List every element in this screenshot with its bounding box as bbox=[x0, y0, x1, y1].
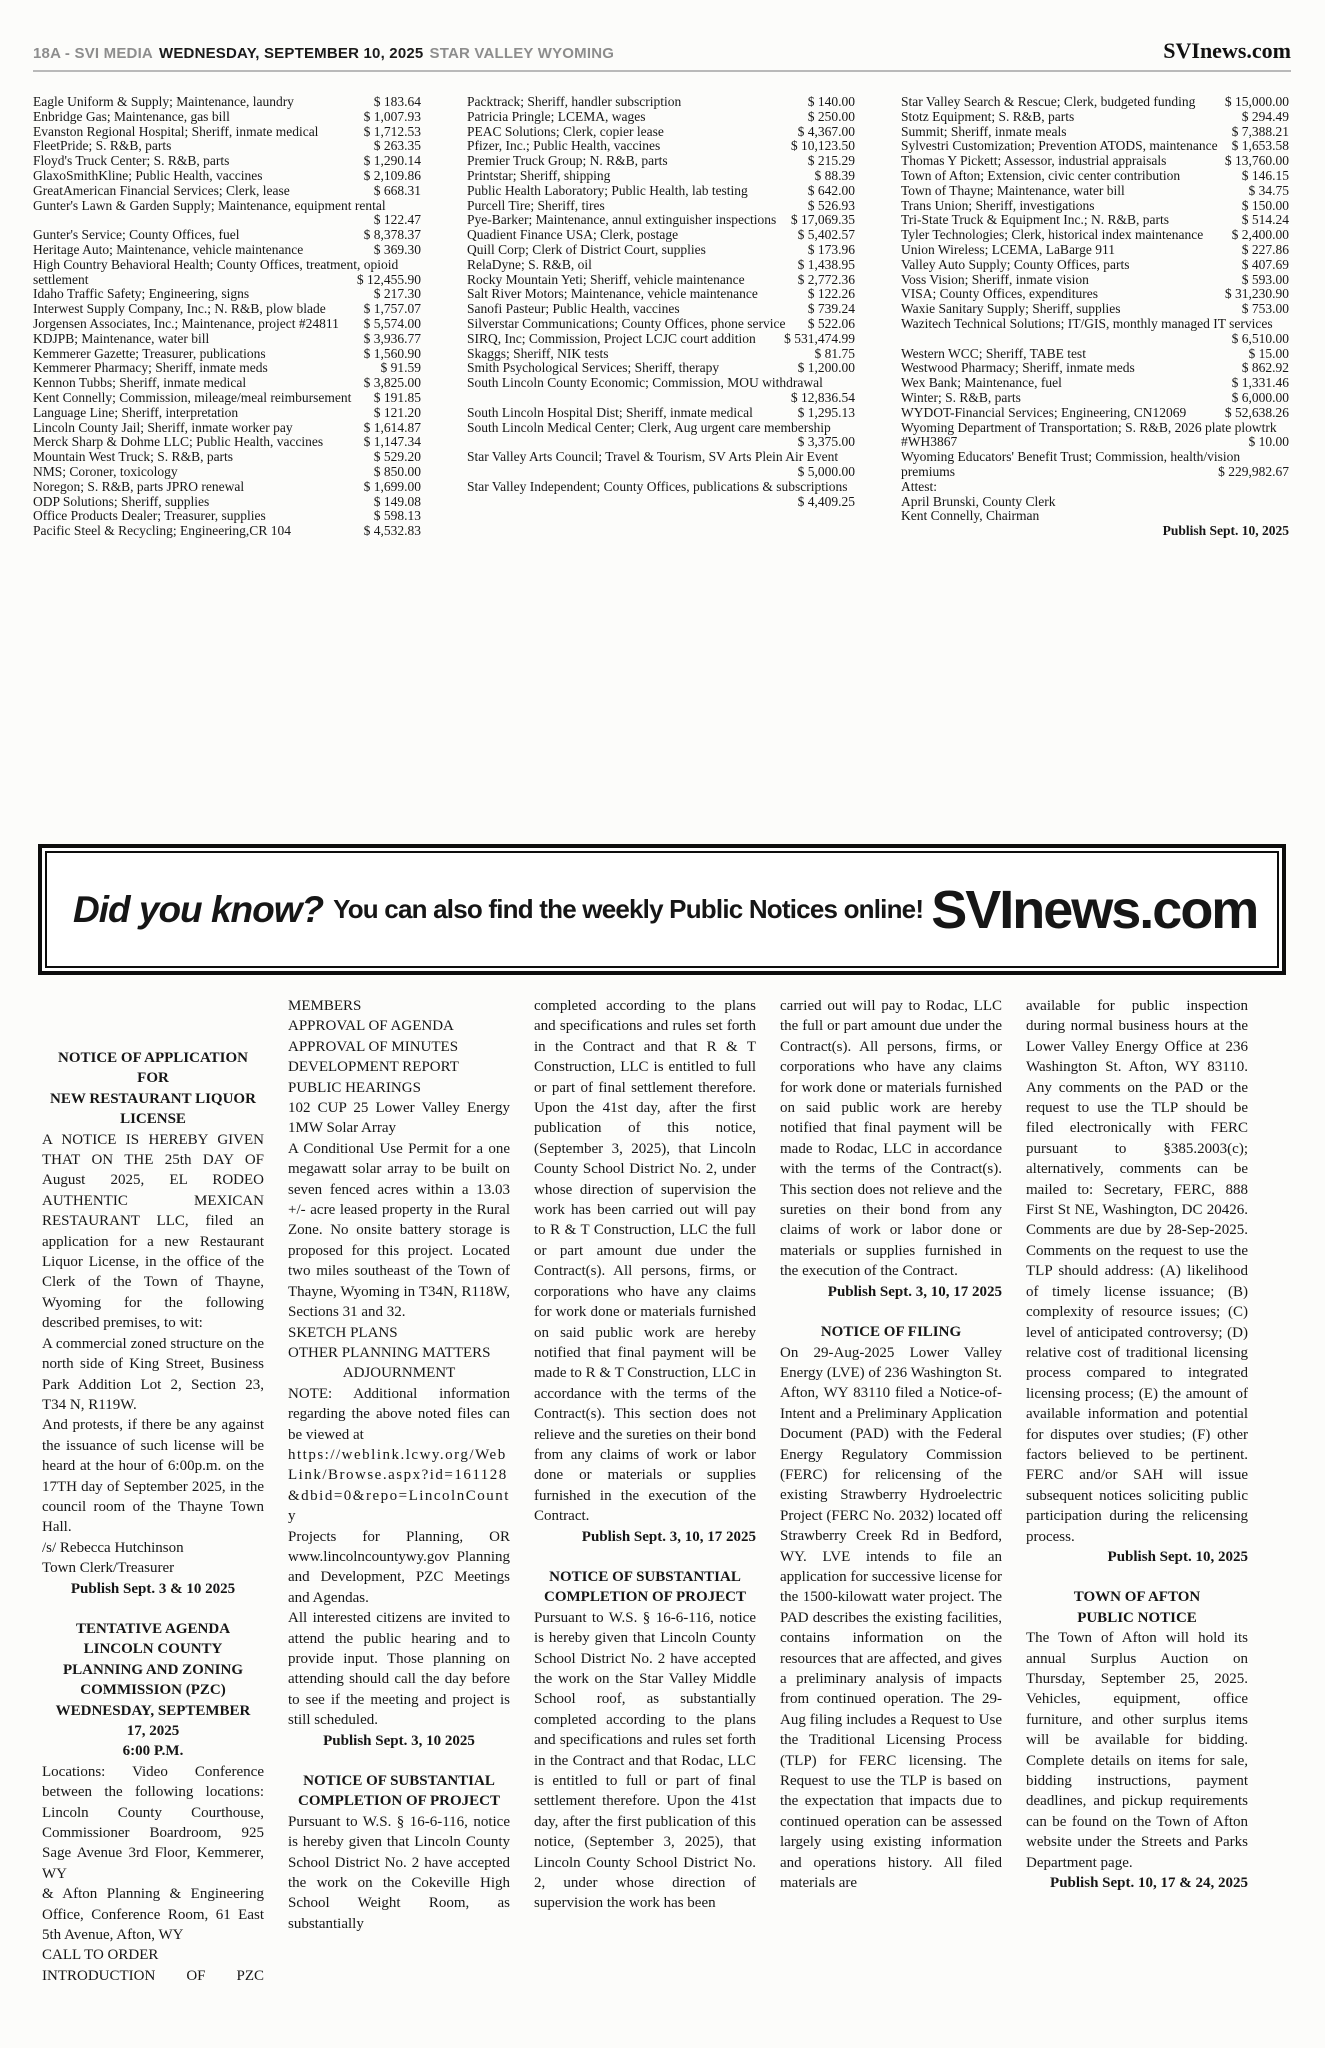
expense-name: Gunter's Service; County Offices, fuel bbox=[33, 227, 240, 242]
notice-paragraph: The Town of Afton will hold its annual S… bbox=[1026, 1628, 1248, 1873]
expense-name: NMS; Coroner, toxicology bbox=[33, 464, 178, 479]
notice-justified-line: INTRODUCTION OF PZC bbox=[42, 1966, 264, 1986]
expense-name: Skaggs; Sheriff, NIK tests bbox=[467, 346, 609, 361]
expense-amount: $ 12,836.54 bbox=[791, 391, 855, 406]
expense-item: Evanston Regional Hospital; Sheriff, inm… bbox=[33, 125, 421, 140]
expense-name: Language Line; Sheriff, interpretation bbox=[33, 405, 238, 420]
expense-item: Quadient Finance USA; Clerk, postage$ 5,… bbox=[467, 228, 855, 243]
expense-amount: $ 526.93 bbox=[808, 199, 855, 214]
notice-line: /s/ Rebecca Hutchinson bbox=[42, 1538, 264, 1558]
expense-item: Lincoln County Jail; Sheriff, inmate wor… bbox=[33, 421, 421, 436]
expense-name: Evanston Regional Hospital; Sheriff, inm… bbox=[33, 124, 318, 139]
expense-name: South Lincoln Hospital Dist; Sheriff, in… bbox=[467, 405, 753, 420]
expense-amount: $ 4,532.83 bbox=[364, 524, 421, 539]
expense-amount: $ 668.31 bbox=[374, 184, 421, 199]
expense-name: Interwest Supply Company, Inc.; N. R&B, … bbox=[33, 301, 326, 316]
expense-item: Star Valley Independent; County Offices,… bbox=[467, 480, 855, 510]
expense-amount: $ 514.24 bbox=[1242, 213, 1289, 228]
expense-item: Jorgensen Associates, Inc.; Maintenance,… bbox=[33, 317, 421, 332]
notice-heading-line: LINCOLN COUNTY bbox=[42, 1639, 264, 1659]
expense-item: Wazitech Technical Solutions; IT/GIS, mo… bbox=[901, 317, 1289, 347]
attest-line: April Brunski, County Clerk bbox=[901, 495, 1289, 510]
notice-paragraph: Pursuant to W.S. § 16-6-116, notice is h… bbox=[288, 1812, 510, 1934]
notice-paragraph: NOTE: Additional information regarding t… bbox=[288, 1384, 510, 1445]
notice-paragraph: A NOTICE IS HEREBY GIVEN THAT ON THE 25t… bbox=[42, 1130, 264, 1334]
expense-item: Noregon; S. R&B, parts JPRO renewal$ 1,6… bbox=[33, 480, 421, 495]
expense-amount: $ 150.00 bbox=[1242, 199, 1289, 214]
expense-column: Eagle Uniform & Supply; Maintenance, lau… bbox=[33, 95, 421, 655]
expense-item: Tyler Technologies; Clerk, historical in… bbox=[901, 228, 1289, 243]
expense-amount: $ 1,560.90 bbox=[364, 347, 421, 362]
expense-item: Sanofi Pasteur; Public Health, vaccines$… bbox=[467, 302, 855, 317]
expense-item: SIRQ, Inc; Commission, Project LCJC cour… bbox=[467, 332, 855, 347]
expense-name: Union Wireless; LCEMA, LaBarge 911 bbox=[901, 242, 1115, 257]
expense-name: Quill Corp; Clerk of District Court, sup… bbox=[467, 242, 706, 257]
notice-heading: NOTICE OF APPLICATIONFORNEW RESTAURANT L… bbox=[42, 1048, 264, 1130]
notice-column: available for public inspection during n… bbox=[1026, 996, 1248, 2036]
expense-amount: $ 1,712.53 bbox=[364, 125, 421, 140]
expense-name: Gunter's Lawn & Garden Supply; Maintenan… bbox=[33, 198, 386, 213]
expense-item: South Lincoln County Economic; Commissio… bbox=[467, 376, 855, 406]
publish-line: Publish Sept. 10, 2025 bbox=[1026, 1547, 1248, 1567]
notice-line: CALL TO ORDER bbox=[42, 1945, 264, 1965]
notice-line: PUBLIC HEARINGS bbox=[288, 1078, 510, 1098]
notice-column: NOTICE OF APPLICATIONFORNEW RESTAURANT L… bbox=[42, 996, 264, 2036]
expense-amount: $ 4,367.00 bbox=[798, 125, 855, 140]
expense-name: Kemmerer Pharmacy; Sheriff, inmate meds bbox=[33, 360, 268, 375]
expense-name: Winter; S. R&B, parts bbox=[901, 390, 1021, 405]
expense-name: Quadient Finance USA; Clerk, postage bbox=[467, 227, 678, 242]
expense-item: Office Products Dealer; Treasurer, suppl… bbox=[33, 509, 421, 524]
expense-item: Trans Union; Sheriff, investigations$ 15… bbox=[901, 199, 1289, 214]
expense-amount: $ 122.47 bbox=[374, 213, 421, 228]
expense-amount: $ 739.24 bbox=[808, 302, 855, 317]
expense-amount: $ 91.59 bbox=[381, 361, 422, 376]
expense-item: NMS; Coroner, toxicology$ 850.00 bbox=[33, 465, 421, 480]
expense-amount: $ 5,574.00 bbox=[364, 317, 421, 332]
expense-name: Premier Truck Group; N. R&B, parts bbox=[467, 153, 668, 168]
expense-name: South Lincoln County Economic; Commissio… bbox=[467, 375, 823, 390]
expense-item: Wyoming Department of Transportation; S.… bbox=[901, 421, 1289, 451]
expense-name: South Lincoln Medical Center; Clerk, Aug… bbox=[467, 420, 831, 435]
expense-name: Smith Psychological Services; Sheriff, t… bbox=[467, 360, 719, 375]
did-you-know-banner: Did you know? You can also find the week… bbox=[38, 844, 1286, 975]
expense-amount: $ 531,474.99 bbox=[784, 332, 855, 347]
expense-item: VISA; County Offices, expenditures$ 31,2… bbox=[901, 287, 1289, 302]
notice-paragraph: Projects for Planning, OR www.lincolncou… bbox=[288, 1527, 510, 1609]
expense-item: Salt River Motors; Maintenance, vehicle … bbox=[467, 287, 855, 302]
expense-name: GlaxoSmithKline; Public Health, vaccines bbox=[33, 168, 262, 183]
notice-heading: NOTICE OF FILING bbox=[780, 1322, 1002, 1342]
expense-amount: $ 81.75 bbox=[815, 347, 856, 362]
expense-amount: $ 122.26 bbox=[808, 287, 855, 302]
expense-amount: $ 15.00 bbox=[1249, 347, 1290, 362]
expense-name: Salt River Motors; Maintenance, vehicle … bbox=[467, 286, 758, 301]
expense-name: Pfizer, Inc.; Public Health, vaccines bbox=[467, 138, 660, 153]
notice-paragraph: completed according to the plans and spe… bbox=[534, 996, 756, 1527]
expense-amount: $ 1,295.13 bbox=[798, 406, 855, 421]
expense-amount: $ 6,510.00 bbox=[1232, 332, 1289, 347]
expense-item: South Lincoln Medical Center; Clerk, Aug… bbox=[467, 421, 855, 451]
expense-amount: $ 850.00 bbox=[374, 465, 421, 480]
expense-amount: $ 149.08 bbox=[374, 495, 421, 510]
expense-item: Sylvestri Customization; Prevention ATOD… bbox=[901, 139, 1289, 154]
notice-line: OTHER PLANNING MATTERS bbox=[288, 1343, 510, 1363]
expense-amount: $ 862.92 bbox=[1242, 361, 1289, 376]
expense-amount: $ 1,200.00 bbox=[798, 361, 855, 376]
notice-heading-line: 17, 2025 bbox=[42, 1721, 264, 1741]
expense-item: Town of Afton; Extension, civic center c… bbox=[901, 169, 1289, 184]
expense-amount: $ 407.69 bbox=[1242, 258, 1289, 273]
expense-item: South Lincoln Hospital Dist; Sheriff, in… bbox=[467, 406, 855, 421]
notice-paragraph: Locations: Video Conference between the … bbox=[42, 1762, 264, 1884]
expense-name: Public Health Laboratory; Public Health,… bbox=[467, 183, 748, 198]
expense-name: Silverstar Communications; County Office… bbox=[467, 316, 785, 331]
expense-item: High Country Behavioral Health; County O… bbox=[33, 258, 421, 288]
expense-amount: $ 215.29 bbox=[808, 154, 855, 169]
notice-paragraph: Pursuant to W.S. § 16-6-116, notice is h… bbox=[534, 1608, 756, 1914]
expense-item: Patricia Pringle; LCEMA, wages$ 250.00 bbox=[467, 110, 855, 125]
expense-item: GreatAmerican Financial Services; Clerk,… bbox=[33, 184, 421, 199]
expense-amount: $ 1,653.58 bbox=[1232, 139, 1289, 154]
expense-item: Public Health Laboratory; Public Health,… bbox=[467, 184, 855, 199]
expense-amount: $ 183.64 bbox=[374, 95, 421, 110]
expense-item: Thomas Y Pickett; Assessor, industrial a… bbox=[901, 154, 1289, 169]
notice-column: MEMBERSAPPROVAL OF AGENDAAPPROVAL OF MIN… bbox=[288, 996, 510, 2036]
expense-amount: $ 1,438.95 bbox=[798, 258, 855, 273]
expense-name: Heritage Auto; Maintenance, vehicle main… bbox=[33, 242, 303, 257]
expense-item: Winter; S. R&B, parts$ 6,000.00 bbox=[901, 391, 1289, 406]
publish-line: Publish Sept. 10, 2025 bbox=[901, 524, 1289, 539]
expense-name: Eagle Uniform & Supply; Maintenance, lau… bbox=[33, 94, 294, 109]
expense-name: Wazitech Technical Solutions; IT/GIS, mo… bbox=[901, 316, 1273, 331]
expense-item: Eagle Uniform & Supply; Maintenance, lau… bbox=[33, 95, 421, 110]
notice-heading-line: PLANNING AND ZONING bbox=[42, 1660, 264, 1680]
expense-column: Star Valley Search & Rescue; Clerk, budg… bbox=[901, 95, 1289, 655]
notice-heading-line: TOWN OF AFTON bbox=[1026, 1587, 1248, 1607]
public-notices: NOTICE OF APPLICATIONFORNEW RESTAURANT L… bbox=[42, 996, 1248, 2036]
expense-amount: $ 3,375.00 bbox=[798, 435, 855, 450]
expense-item: Silverstar Communications; County Office… bbox=[467, 317, 855, 332]
expense-name: Idaho Traffic Safety; Engineering, signs bbox=[33, 286, 249, 301]
notice-heading: TENTATIVE AGENDALINCOLN COUNTYPLANNING A… bbox=[42, 1619, 264, 1762]
expense-name: Tri-State Truck & Equipment Inc.; N. R&B… bbox=[901, 212, 1169, 227]
expense-amount: $ 146.15 bbox=[1242, 169, 1289, 184]
notice-paragraph: 102 CUP 25 Lower Valley Energy 1MW Solar… bbox=[288, 1098, 510, 1139]
expense-item: Star Valley Arts Council; Travel & Touri… bbox=[467, 450, 855, 480]
expense-amount: $ 217.30 bbox=[374, 287, 421, 302]
expense-item: Gunter's Lawn & Garden Supply; Maintenan… bbox=[33, 199, 421, 229]
notice-heading-line: WEDNESDAY, SEPTEMBER bbox=[42, 1701, 264, 1721]
expense-amount: $ 140.00 bbox=[808, 95, 855, 110]
expense-name: Rocky Mountain Yeti; Sheriff, vehicle ma… bbox=[467, 272, 745, 287]
expense-item: Pfizer, Inc.; Public Health, vaccines$ 1… bbox=[467, 139, 855, 154]
expense-amount: $ 2,400.00 bbox=[1232, 228, 1289, 243]
expense-amount: $ 2,109.86 bbox=[364, 169, 421, 184]
notice-paragraph: available for public inspection during n… bbox=[1026, 996, 1248, 1547]
expense-name: Waxie Sanitary Supply; Sheriff, supplies bbox=[901, 301, 1121, 316]
notice-heading-line: FOR bbox=[42, 1068, 264, 1088]
expense-name: Town of Afton; Extension, civic center c… bbox=[901, 168, 1180, 183]
expense-amount: $ 1,614.87 bbox=[364, 421, 421, 436]
expense-item: Wyoming Educators' Benefit Trust; Commis… bbox=[901, 450, 1289, 480]
expense-amount: $ 121.20 bbox=[374, 406, 421, 421]
expense-item: Merck Sharp & Dohme LLC; Public Health, … bbox=[33, 435, 421, 450]
expense-name: Merck Sharp & Dohme LLC; Public Health, … bbox=[33, 434, 323, 449]
expense-name: Voss Vision; Sheriff, inmate vision bbox=[901, 272, 1089, 287]
notice-paragraph: And protests, if there be any against th… bbox=[42, 1415, 264, 1537]
notice-paragraph: carried out will pay to Rodac, LLC the f… bbox=[780, 996, 1002, 1282]
expense-item: Smith Psychological Services; Sheriff, t… bbox=[467, 361, 855, 376]
expense-amount: $ 15,000.00 bbox=[1225, 95, 1289, 110]
notice-heading-line: COMPLETION OF PROJECT bbox=[534, 1587, 756, 1607]
banner-lead: Did you know? bbox=[73, 889, 323, 931]
expense-name: Star Valley Independent; County Offices,… bbox=[467, 479, 847, 494]
expense-name: Western WCC; Sheriff, TABE test bbox=[901, 346, 1086, 361]
expense-item: Idaho Traffic Safety; Engineering, signs… bbox=[33, 287, 421, 302]
notice-heading-line: TENTATIVE AGENDA bbox=[42, 1619, 264, 1639]
expense-amount: $ 10.00 bbox=[1249, 435, 1290, 450]
notice-heading-line: NEW RESTAURANT LIQUOR bbox=[42, 1089, 264, 1109]
notice-column: completed according to the plans and spe… bbox=[534, 996, 756, 2036]
expense-name: Mountain West Truck; S. R&B, parts bbox=[33, 449, 233, 464]
expense-item: Language Line; Sheriff, interpretation$ … bbox=[33, 406, 421, 421]
expense-name: Floyd's Truck Center; S. R&B, parts bbox=[33, 153, 229, 168]
expense-name: Star Valley Search & Rescue; Clerk, budg… bbox=[901, 94, 1195, 109]
expense-item: Rocky Mountain Yeti; Sheriff, vehicle ma… bbox=[467, 273, 855, 288]
expense-amount: $ 250.00 bbox=[808, 110, 855, 125]
expense-amount: $ 1,007.93 bbox=[364, 110, 421, 125]
notice-line: MEMBERS bbox=[288, 996, 510, 1016]
notice-column: carried out will pay to Rodac, LLC the f… bbox=[780, 996, 1002, 2036]
notice-heading: NOTICE OF SUBSTANTIALCOMPLETION OF PROJE… bbox=[288, 1771, 510, 1812]
expense-name: KDJPB; Maintenance, water bill bbox=[33, 331, 209, 346]
notice-heading-line: PUBLIC NOTICE bbox=[1026, 1608, 1248, 1628]
expense-item: Pye-Barker; Maintenance, annul extinguis… bbox=[467, 213, 855, 228]
expense-name: Wyoming Department of Transportation; S.… bbox=[901, 420, 1277, 450]
expense-item: Interwest Supply Company, Inc.; N. R&B, … bbox=[33, 302, 421, 317]
expense-name: Valley Auto Supply; County Offices, part… bbox=[901, 257, 1130, 272]
masthead-site: SVInews.com bbox=[1163, 38, 1291, 64]
expense-name: WYDOT-Financial Services; Engineering, C… bbox=[901, 405, 1186, 420]
notice-paragraph: A Conditional Use Permit for a one megaw… bbox=[288, 1139, 510, 1323]
expense-name: SIRQ, Inc; Commission, Project LCJC cour… bbox=[467, 331, 756, 346]
expense-item: Mountain West Truck; S. R&B, parts$ 529.… bbox=[33, 450, 421, 465]
expense-item: Floyd's Truck Center; S. R&B, parts$ 1,2… bbox=[33, 154, 421, 169]
expense-item: Westwood Pharmacy; Sheriff, inmate meds$… bbox=[901, 361, 1289, 376]
expense-item: Skaggs; Sheriff, NIK tests$ 81.75 bbox=[467, 347, 855, 362]
expense-amount: $ 522.06 bbox=[808, 317, 855, 332]
notice-centered-line: ADJOURNMENT bbox=[288, 1363, 510, 1383]
expense-item: Pacific Steel & Recycling; Engineering,C… bbox=[33, 524, 421, 539]
expense-name: VISA; County Offices, expenditures bbox=[901, 286, 1098, 301]
expense-amount: $ 529.20 bbox=[374, 450, 421, 465]
expense-amount: $ 31,230.90 bbox=[1225, 287, 1289, 302]
expense-name: Star Valley Arts Council; Travel & Touri… bbox=[467, 449, 838, 464]
expense-amount: $ 598.13 bbox=[374, 509, 421, 524]
expense-item: Kemmerer Gazette; Treasurer, publication… bbox=[33, 347, 421, 362]
notice-heading-line: NOTICE OF SUBSTANTIAL bbox=[288, 1771, 510, 1791]
expense-item: WYDOT-Financial Services; Engineering, C… bbox=[901, 406, 1289, 421]
expense-name: Sylvestri Customization; Prevention ATOD… bbox=[901, 138, 1218, 153]
publish-line: Publish Sept. 3, 10 2025 bbox=[288, 1731, 510, 1751]
expense-amount: $ 10,123.50 bbox=[791, 139, 855, 154]
expense-name: Westwood Pharmacy; Sheriff, inmate meds bbox=[901, 360, 1135, 375]
expense-name: ODP Solutions; Sheriff, supplies bbox=[33, 494, 209, 509]
expense-item: PEAC Solutions; Clerk, copier lease$ 4,3… bbox=[467, 125, 855, 140]
expense-item: Tri-State Truck & Equipment Inc.; N. R&B… bbox=[901, 213, 1289, 228]
expense-item: Wex Bank; Maintenance, fuel$ 1,331.46 bbox=[901, 376, 1289, 391]
expense-amount: $ 88.39 bbox=[815, 169, 856, 184]
expense-amount: $ 2,772.36 bbox=[798, 273, 855, 288]
expense-item: Summit; Sheriff, inmate meals$ 7,388.21 bbox=[901, 125, 1289, 140]
notice-paragraph: On 29-Aug-2025 Lower Valley Energy (LVE)… bbox=[780, 1343, 1002, 1894]
expense-name: Kemmerer Gazette; Treasurer, publication… bbox=[33, 346, 266, 361]
notice-heading: NOTICE OF SUBSTANTIALCOMPLETION OF PROJE… bbox=[534, 1567, 756, 1608]
expense-item: Quill Corp; Clerk of District Court, sup… bbox=[467, 243, 855, 258]
expense-item: Voss Vision; Sheriff, inmate vision$ 593… bbox=[901, 273, 1289, 288]
expense-name: Purcell Tire; Sheriff, tires bbox=[467, 198, 605, 213]
expense-name: Summit; Sheriff, inmate meals bbox=[901, 124, 1066, 139]
expense-name: Wyoming Educators' Benefit Trust; Commis… bbox=[901, 449, 1240, 479]
expense-amount: $ 17,069.35 bbox=[791, 213, 855, 228]
expense-amount: $ 229,982.67 bbox=[1218, 465, 1289, 480]
expense-item: KDJPB; Maintenance, water bill$ 3,936.77 bbox=[33, 332, 421, 347]
banner-site: SVInews.com bbox=[931, 879, 1257, 941]
expense-amount: $ 5,402.57 bbox=[798, 228, 855, 243]
expense-name: Kennon Tubbs; Sheriff, inmate medical bbox=[33, 375, 246, 390]
banner-text: You can also find the weekly Public Noti… bbox=[333, 894, 923, 925]
expense-amount: $ 753.00 bbox=[1242, 302, 1289, 317]
expense-amount: $ 34.75 bbox=[1249, 184, 1290, 199]
expense-amount: $ 294.49 bbox=[1242, 110, 1289, 125]
page-label: 18A - SVI MEDIA bbox=[33, 45, 153, 62]
expense-amount: $ 593.00 bbox=[1242, 273, 1289, 288]
header-region: STAR VALLEY WYOMING bbox=[429, 45, 614, 62]
header-date: WEDNESDAY, SEPTEMBER 10, 2025 bbox=[159, 45, 424, 62]
publish-line: Publish Sept. 3, 10, 17 2025 bbox=[780, 1282, 1002, 1302]
expense-amount: $ 8,378.37 bbox=[364, 228, 421, 243]
expense-amount: $ 173.96 bbox=[808, 243, 855, 258]
expense-name: Enbridge Gas; Maintenance, gas bill bbox=[33, 109, 230, 124]
banner-inner: Did you know? You can also find the week… bbox=[45, 851, 1279, 968]
expense-item: Waxie Sanitary Supply; Sheriff, supplies… bbox=[901, 302, 1289, 317]
expense-name: Printstar; Sheriff, shipping bbox=[467, 168, 610, 183]
notice-paragraph: All interested citizens are invited to a… bbox=[288, 1608, 510, 1730]
notice-line: SKETCH PLANS bbox=[288, 1323, 510, 1343]
expense-amount: $ 1,290.14 bbox=[364, 154, 421, 169]
expense-name: Town of Thayne; Maintenance, water bill bbox=[901, 183, 1125, 198]
expense-item: Kemmerer Pharmacy; Sheriff, inmate meds$… bbox=[33, 361, 421, 376]
notice-url: https://weblink.lcwy.org/WebLink/Browse.… bbox=[288, 1445, 510, 1527]
expense-amount: $ 3,936.77 bbox=[364, 332, 421, 347]
expense-item: Kennon Tubbs; Sheriff, inmate medical$ 3… bbox=[33, 376, 421, 391]
expense-column: Packtrack; Sheriff, handler subscription… bbox=[467, 95, 855, 655]
expense-name: GreatAmerican Financial Services; Clerk,… bbox=[33, 183, 290, 198]
expense-amount: $ 12,455.90 bbox=[357, 273, 421, 288]
expense-name: Trans Union; Sheriff, investigations bbox=[901, 198, 1095, 213]
expense-name: Thomas Y Pickett; Assessor, industrial a… bbox=[901, 153, 1166, 168]
expense-amount: $ 7,388.21 bbox=[1232, 125, 1289, 140]
notice-paragraph: & Afton Planning & Engineering Office, C… bbox=[42, 1884, 264, 1945]
expense-item: Gunter's Service; County Offices, fuel$ … bbox=[33, 228, 421, 243]
page-header: 18A - SVI MEDIA WEDNESDAY, SEPTEMBER 10,… bbox=[33, 38, 1291, 72]
notice-heading-line: COMMISSION (PZC) bbox=[42, 1680, 264, 1700]
expense-item: FleetPride; S. R&B, parts$ 263.35 bbox=[33, 139, 421, 154]
expense-name: PEAC Solutions; Clerk, copier lease bbox=[467, 124, 664, 139]
expense-name: RelaDyne; S. R&B, oil bbox=[467, 257, 592, 272]
expense-list: Eagle Uniform & Supply; Maintenance, lau… bbox=[33, 95, 1289, 655]
expense-amount: $ 4,409.25 bbox=[798, 495, 855, 510]
expense-amount: $ 13,760.00 bbox=[1225, 154, 1289, 169]
expense-name: Noregon; S. R&B, parts JPRO renewal bbox=[33, 479, 244, 494]
expense-name: High Country Behavioral Health; County O… bbox=[33, 257, 398, 287]
expense-item: Town of Thayne; Maintenance, water bill$… bbox=[901, 184, 1289, 199]
expense-amount: $ 3,825.00 bbox=[364, 376, 421, 391]
expense-amount: $ 1,147.34 bbox=[364, 435, 421, 450]
expense-item: Star Valley Search & Rescue; Clerk, budg… bbox=[901, 95, 1289, 110]
expense-amount: $ 1,331.46 bbox=[1232, 376, 1289, 391]
expense-amount: $ 191.85 bbox=[374, 391, 421, 406]
expense-amount: $ 642.00 bbox=[808, 184, 855, 199]
notice-paragraph: A commercial zoned structure on the nort… bbox=[42, 1334, 264, 1416]
publish-line: Publish Sept. 3 & 10 2025 bbox=[42, 1579, 264, 1599]
expense-item: Stotz Equipment; S. R&B, parts$ 294.49 bbox=[901, 110, 1289, 125]
notice-heading-line: NOTICE OF FILING bbox=[780, 1322, 1002, 1342]
expense-amount: $ 1,757.07 bbox=[364, 302, 421, 317]
expense-item: Union Wireless; LCEMA, LaBarge 911$ 227.… bbox=[901, 243, 1289, 258]
expense-amount: $ 52,638.26 bbox=[1225, 406, 1289, 421]
expense-amount: $ 5,000.00 bbox=[798, 465, 855, 480]
expense-item: Enbridge Gas; Maintenance, gas bill$ 1,0… bbox=[33, 110, 421, 125]
expense-amount: $ 1,699.00 bbox=[364, 480, 421, 495]
publish-line: Publish Sept. 10, 17 & 24, 2025 bbox=[1026, 1873, 1248, 1893]
expense-item: RelaDyne; S. R&B, oil$ 1,438.95 bbox=[467, 258, 855, 273]
attest-line: Attest: bbox=[901, 480, 1289, 495]
expense-item: Purcell Tire; Sheriff, tires$ 526.93 bbox=[467, 199, 855, 214]
expense-amount: $ 6,000.00 bbox=[1232, 391, 1289, 406]
expense-amount: $ 263.35 bbox=[374, 139, 421, 154]
expense-name: Patricia Pringle; LCEMA, wages bbox=[467, 109, 645, 124]
notice-heading-line: NOTICE OF APPLICATION bbox=[42, 1048, 264, 1068]
expense-name: Sanofi Pasteur; Public Health, vaccines bbox=[467, 301, 680, 316]
notice-heading: TOWN OF AFTONPUBLIC NOTICE bbox=[1026, 1587, 1248, 1628]
expense-item: Valley Auto Supply; County Offices, part… bbox=[901, 258, 1289, 273]
expense-name: FleetPride; S. R&B, parts bbox=[33, 138, 171, 153]
expense-item: Premier Truck Group; N. R&B, parts$ 215.… bbox=[467, 154, 855, 169]
notice-line: APPROVAL OF MINUTES bbox=[288, 1037, 510, 1057]
expense-name: Packtrack; Sheriff, handler subscription bbox=[467, 94, 681, 109]
expense-name: Jorgensen Associates, Inc.; Maintenance,… bbox=[33, 316, 339, 331]
notice-heading-line: COMPLETION OF PROJECT bbox=[288, 1791, 510, 1811]
attest-line: Kent Connelly, Chairman bbox=[901, 509, 1289, 524]
notice-line: DEVELOPMENT REPORT bbox=[288, 1057, 510, 1077]
expense-amount: $ 227.86 bbox=[1242, 243, 1289, 258]
expense-item: Kent Connelly; Commission, mileage/meal … bbox=[33, 391, 421, 406]
notice-heading-line: NOTICE OF SUBSTANTIAL bbox=[534, 1567, 756, 1587]
publish-line: Publish Sept. 3, 10, 17 2025 bbox=[534, 1527, 756, 1547]
expense-name: Pacific Steel & Recycling; Engineering,C… bbox=[33, 523, 291, 538]
expense-name: Pye-Barker; Maintenance, annul extinguis… bbox=[467, 212, 776, 227]
expense-item: Packtrack; Sheriff, handler subscription… bbox=[467, 95, 855, 110]
expense-name: Stotz Equipment; S. R&B, parts bbox=[901, 109, 1074, 124]
expense-item: Printstar; Sheriff, shipping$ 88.39 bbox=[467, 169, 855, 184]
expense-item: GlaxoSmithKline; Public Health, vaccines… bbox=[33, 169, 421, 184]
notice-heading-line: LICENSE bbox=[42, 1109, 264, 1129]
notice-line: APPROVAL OF AGENDA bbox=[288, 1016, 510, 1036]
expense-item: Western WCC; Sheriff, TABE test$ 15.00 bbox=[901, 347, 1289, 362]
expense-name: Kent Connelly; Commission, mileage/meal … bbox=[33, 390, 351, 405]
